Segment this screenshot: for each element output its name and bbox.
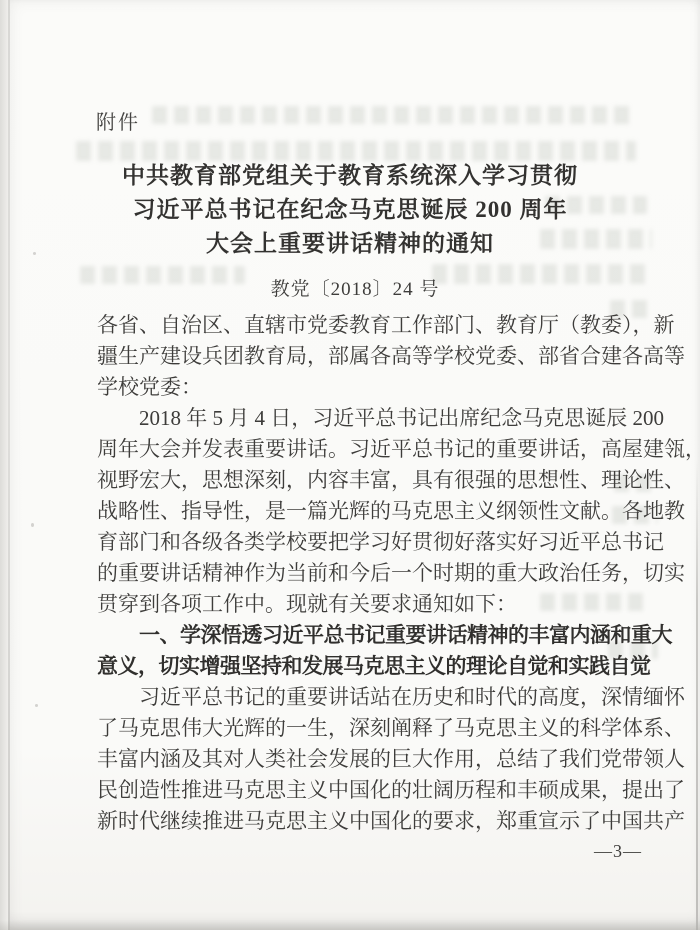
scan-fold-line: [8, 0, 10, 930]
section-heading-line: 一、学深悟透习近平总书记重要讲话精神的丰富内涵和重大: [97, 620, 611, 651]
body-line: 新时代继续推进马克思主义中国化的要求，郑重宣示了中国共产: [97, 806, 611, 837]
section-heading-line: 意义，切实增强坚持和发展马克思主义的理论自觉和实践自觉: [97, 651, 611, 682]
body-line: 战略性、指导性，是一篇光辉的马克思主义纲领性文献。各地教: [97, 496, 611, 527]
page-number: —3—: [594, 841, 642, 862]
salutation-line: 学校党委：: [97, 372, 611, 403]
scanned-document-page: 附件 中共教育部党组关于教育系统深入学习贯彻 习近平总书记在纪念马克思诞辰 20…: [0, 0, 700, 930]
body-line: 了马克思伟大光辉的一生，深刻阐释了马克思主义的科学体系、: [97, 713, 611, 744]
body-line: 贯穿到各项工作中。现就有关要求通知如下：: [97, 589, 611, 620]
body-line: 丰富内涵及其对人类社会发展的巨大作用，总结了我们党带领人: [97, 744, 611, 775]
document-number: 教党〔2018〕24 号: [0, 274, 700, 301]
body-line: 的重要讲话精神作为当前和今后一个时期的重大政治任务，切实: [97, 558, 611, 589]
document-title-line: 大会上重要讲话精神的通知: [0, 227, 700, 261]
document-title-line: 中共教育部党组关于教育系统深入学习贯彻: [0, 159, 700, 193]
scan-speck: [35, 704, 38, 707]
salutation-line: 各省、自治区、直辖市党委教育工作部门、教育厅（教委），新: [97, 310, 611, 341]
body-line: 视野宏大，思想深刻，内容丰富，具有很强的思想性、理论性、: [97, 465, 611, 496]
salutation-line: 疆生产建设兵团教育局，部属各高等学校党委、部省合建各高等: [97, 341, 611, 372]
document-title: 中共教育部党组关于教育系统深入学习贯彻 习近平总书记在纪念马克思诞辰 200 周…: [0, 159, 700, 261]
bleedthrough-text: [76, 141, 636, 161]
document-body: 各省、自治区、直辖市党委教育工作部门、教育厅（教委），新 疆生产建设兵团教育局，…: [97, 310, 611, 837]
body-line: 民创造性推进马克思主义中国化的壮阔历程和丰硕成果，提出了: [97, 775, 611, 806]
body-line: 2018 年 5 月 4 日，习近平总书记出席纪念马克思诞辰 200: [97, 403, 611, 434]
scan-left-edge: [0, 0, 8, 930]
attachment-label: 附件: [96, 106, 140, 135]
body-line: 育部门和各级各类学校要把学习好贯彻好落实好习近平总书记: [97, 527, 611, 558]
document-title-line: 习近平总书记在纪念马克思诞辰 200 周年: [0, 193, 700, 227]
scan-speck: [31, 523, 34, 527]
scan-bottom-shadow: [0, 920, 700, 930]
bleedthrough-text: [152, 106, 630, 124]
body-line: 习近平总书记的重要讲话站在历史和时代的高度，深情缅怀: [97, 682, 611, 713]
scan-right-edge-line: [696, 460, 698, 930]
body-line: 周年大会并发表重要讲话。习近平总书记的重要讲话，高屋建瓴，: [97, 434, 611, 465]
